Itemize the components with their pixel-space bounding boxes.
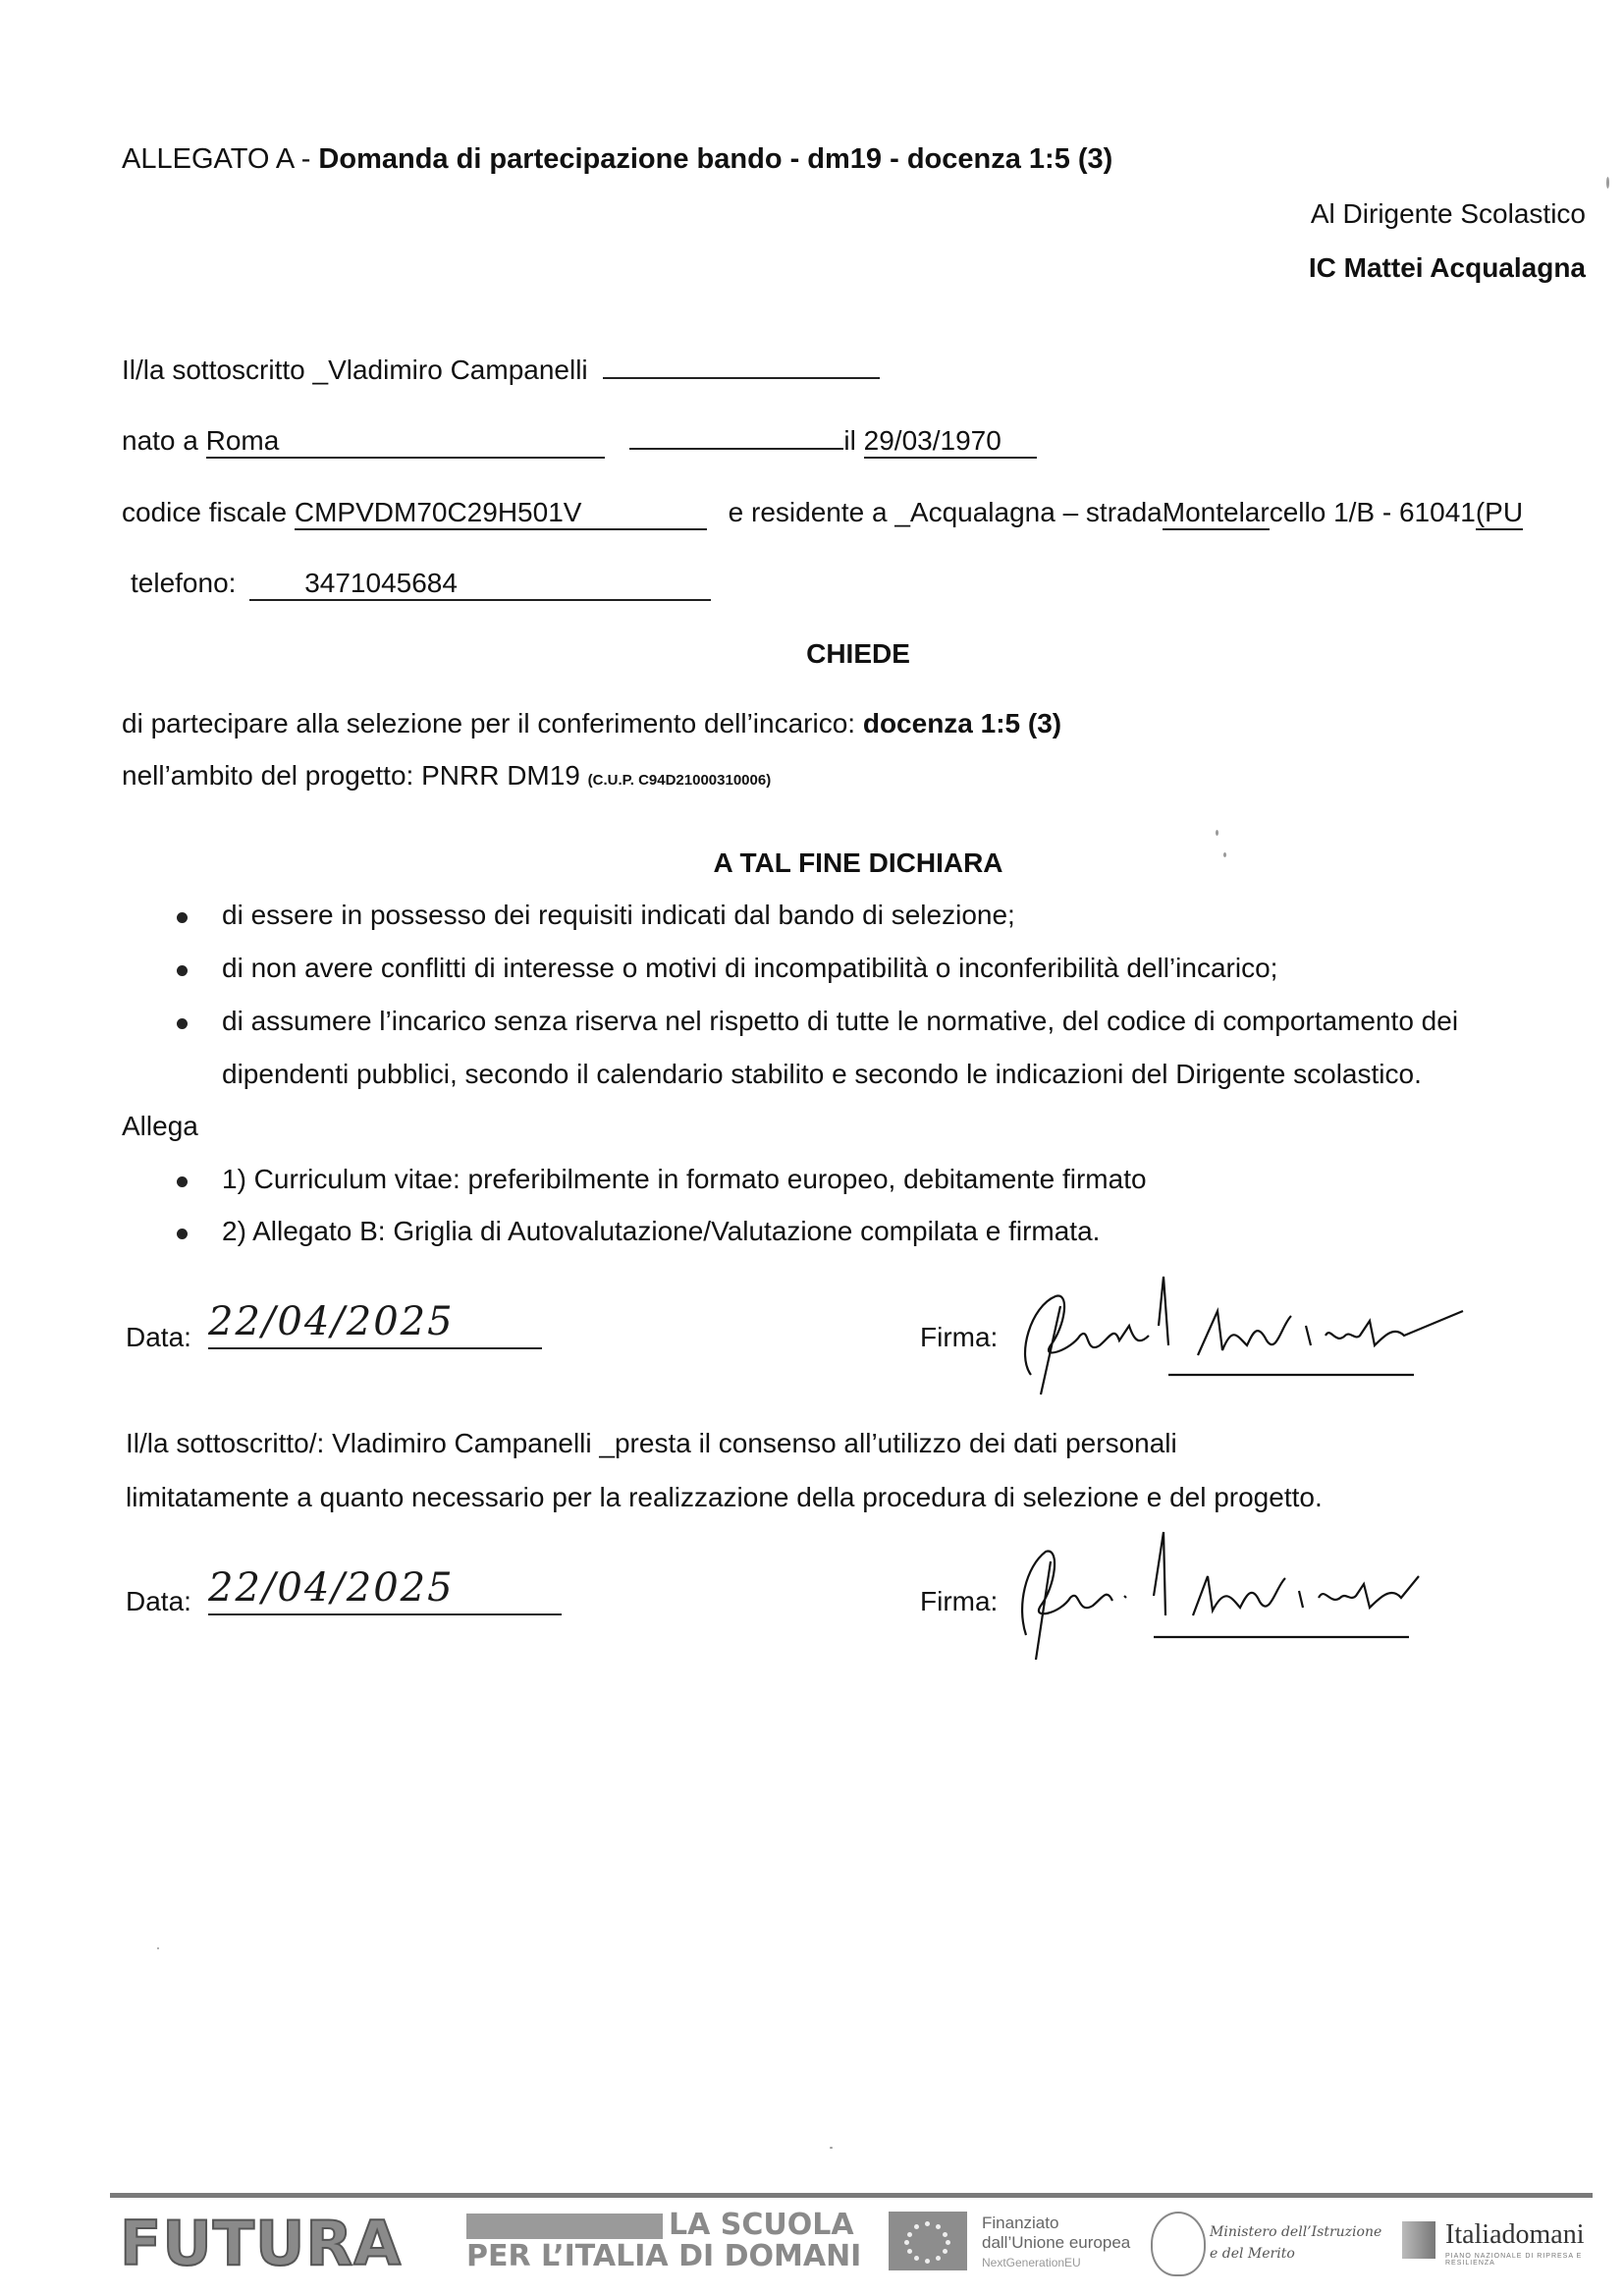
province-value: (PU [1476, 499, 1523, 530]
declaration-item-continued: dipendenti pubblici, secondo il calendar… [222, 1061, 1422, 1088]
phone-row: telefono: 3471045684 [131, 570, 711, 601]
declaration-item: di non avere conflitti di interesse o mo… [222, 955, 1277, 982]
bullet-icon [177, 1176, 188, 1187]
ministry-line-1: Ministero dell’Istruzione [1210, 2221, 1381, 2243]
signature-label-2: Firma: [920, 1588, 998, 1615]
futura-logo: FUTURA [120, 2208, 402, 2279]
footer-divider [110, 2193, 1593, 2198]
italiadomani-logo: Italiadomani [1445, 2219, 1585, 2251]
document-title: ALLEGATO A - Domanda di partecipazione b… [122, 145, 1112, 174]
project-text: nell’ambito del progetto: PNRR DM19 [122, 760, 588, 791]
date-label-2: Data: [126, 1588, 191, 1615]
residence-label: e residente a [729, 497, 895, 527]
eu-funding-text: Finanziato dall’Unione europea NextGener… [982, 2214, 1130, 2272]
born-label: nato a [122, 425, 206, 456]
recipient-line-1: Al Dirigente Scolastico [1311, 200, 1586, 228]
scuola-line-2: PER L’ITALIA DI DOMANI [466, 2241, 861, 2272]
name-blank-line [603, 376, 880, 379]
request-line-2: nell’ambito del progetto: PNRR DM19 (C.U… [122, 762, 771, 790]
italian-emblem-icon [1151, 2212, 1206, 2276]
phone-label: telefono: [131, 568, 236, 598]
bullet-icon [177, 965, 188, 976]
scuola-line-1: LA SCUOLA [669, 2208, 854, 2242]
birth-date-value: 29/03/1970 [864, 427, 1037, 459]
declaration-item: di essere in possesso dei requisiti indi… [222, 902, 1015, 929]
name-row: Il/la sottoscritto _Vladimiro Campanelli [122, 356, 880, 384]
tax-code-value: CMPVDM70C29H501V [295, 499, 707, 530]
document-title-prefix: ALLEGATO A - [122, 143, 318, 175]
declaration-heading: A TAL FINE DICHIARA [0, 849, 1624, 877]
address-underlined: Montelar [1163, 499, 1270, 530]
phone-value: 3471045684 [249, 570, 711, 601]
birth-date-label: il [843, 425, 863, 456]
eu-line-3: NextGenerationEU [982, 2253, 1130, 2272]
recipient-line-2: IC Mattei Acqualagna [1309, 254, 1586, 282]
declaration-item: di assumere l’incarico senza riserva nel… [222, 1008, 1458, 1035]
scuola-bar-icon [466, 2214, 663, 2239]
signature-label-1: Firma: [920, 1324, 998, 1351]
signature-scribble-icon [1011, 1267, 1522, 1404]
italiadomani-icon [1402, 2221, 1435, 2259]
request-heading: CHIEDE [0, 640, 1624, 668]
attachment-item: 2) Allegato B: Griglia di Autovalutazion… [222, 1218, 1100, 1245]
bullet-icon [177, 1229, 188, 1239]
request-line-1: di partecipare alla selezione per il con… [122, 710, 1061, 738]
signature-scribble-icon [1006, 1527, 1517, 1665]
tax-code-label: codice fiscale [122, 497, 295, 527]
bullet-icon [177, 1018, 188, 1029]
born-place-value: Roma [206, 427, 605, 459]
attachment-item: 1) Curriculum vitae: preferibilmente in … [222, 1166, 1147, 1193]
name-value: _Vladimiro Campanelli [313, 355, 588, 385]
scan-speck [830, 2147, 833, 2149]
date-value-2: 22/04/2025 [208, 1568, 562, 1615]
name-label: Il/la sottoscritto [122, 355, 313, 385]
bullet-icon [177, 912, 188, 923]
residence-value: _Acqualagna – strada [894, 497, 1162, 527]
scan-speck [1606, 177, 1609, 189]
eu-flag-icon [889, 2212, 967, 2270]
tax-code-row: codice fiscale CMPVDM70C29H501V e reside… [122, 499, 1523, 530]
request-text: di partecipare alla selezione per il con… [122, 708, 863, 738]
date-value-1: 22/04/2025 [208, 1302, 542, 1349]
consent-line-1: Il/la sottoscritto/: Vladimiro Campanell… [126, 1430, 1177, 1457]
eu-line-1: Finanziato [982, 2214, 1130, 2233]
scan-speck [157, 1947, 159, 1949]
eu-line-2: dall’Unione europea [982, 2233, 1130, 2253]
born-blank-line [629, 447, 843, 450]
attachments-heading: Allega [122, 1113, 198, 1140]
scuola-logo: LA SCUOLA PER L’ITALIA DI DOMANI [466, 2210, 861, 2272]
ministry-text: Ministero dell’Istruzione e del Merito [1210, 2221, 1381, 2265]
date-label-1: Data: [126, 1324, 191, 1351]
request-position: docenza 1:5 (3) [863, 708, 1061, 738]
scan-speck [1223, 852, 1226, 857]
birth-row: nato a Roma il 29/03/1970 [122, 427, 1037, 459]
italiadomani-subtitle: PIANO NAZIONALE DI RIPRESA E RESILIENZA [1445, 2253, 1624, 2267]
consent-line-2: limitatamente a quanto necessario per la… [126, 1484, 1323, 1511]
cup-code: (C.U.P. C94D21000310006) [588, 772, 772, 789]
document-title-bold: Domanda di partecipazione bando - dm19 -… [318, 143, 1112, 175]
address-rest: cello 1/B - 61041 [1270, 497, 1476, 527]
ministry-line-2: e del Merito [1210, 2243, 1381, 2265]
scan-speck [1216, 830, 1218, 836]
